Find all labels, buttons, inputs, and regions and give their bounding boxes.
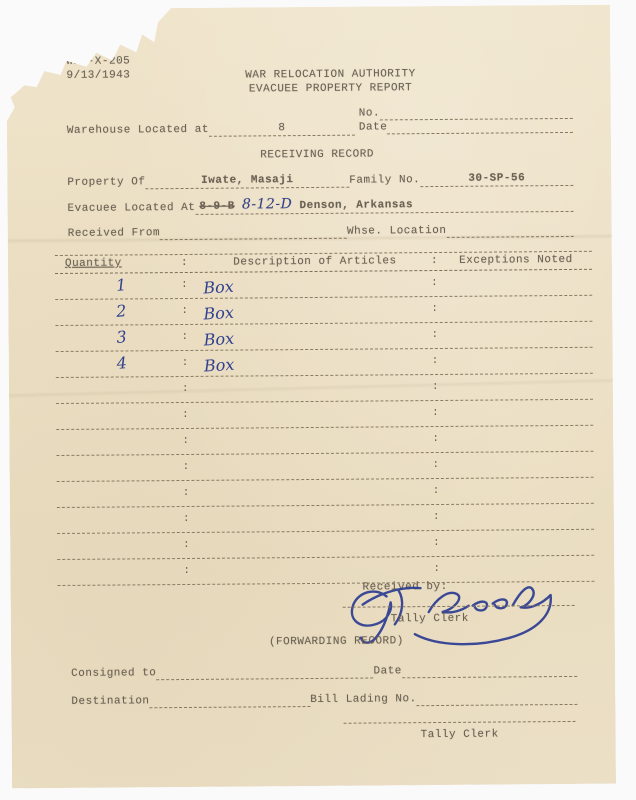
evacuee-located-field: Evacuee Located At 8-9-B 8-12-D Denson, …: [67, 195, 573, 216]
exceptions-cell: [457, 506, 587, 507]
column-separator: :: [183, 487, 190, 499]
received-from-value-line: [160, 238, 347, 240]
column-separator: :: [183, 513, 190, 525]
column-separator: :: [432, 407, 439, 419]
column-separator: :: [433, 537, 440, 549]
quantity-cell: 3: [91, 325, 152, 349]
exceptions-cell: [456, 402, 586, 403]
column-separator: :: [183, 461, 190, 473]
quantity-cell: [92, 403, 152, 408]
quantity-cell: 4: [91, 351, 152, 375]
column-separator: :: [431, 329, 438, 341]
report-title: EVACUEE PROPERTY REPORT: [29, 80, 633, 97]
column-separator: :: [432, 381, 439, 393]
destination-value-line: [150, 706, 311, 708]
quantity-cell: [93, 481, 153, 486]
date-value-line: [387, 132, 573, 134]
section-title: RECEIVING RECORD: [15, 147, 619, 164]
quantity-cell: [92, 429, 152, 434]
received-from-label: Received From: [68, 226, 160, 241]
description-cell: Box: [203, 294, 384, 324]
property-of-field: Property Of Iwate, Masaji Family No. 30-…: [67, 171, 573, 190]
forward-date-label: Date: [373, 664, 402, 678]
exceptions-cell: [455, 272, 585, 273]
paper-sheet: WRA-X-205 9/13/1943 WAR RELOCATION AUTHO…: [6, 5, 616, 789]
quantity-cell: 2: [91, 299, 152, 323]
whse-location-label: Whse. Location: [347, 224, 447, 239]
bill-lading-label: Bill Lading No.: [310, 692, 417, 707]
evacuee-address-typed: Denson, Arkansas: [299, 199, 413, 212]
property-of-value: Iwate, Masaji: [145, 173, 349, 190]
warehouse-field: Warehouse Located at 8: [67, 121, 355, 138]
column-separator: :: [432, 355, 439, 367]
consigned-to-label: Consigned to: [71, 666, 156, 681]
exceptions-cell: [456, 428, 586, 429]
received-from-field: Received From Whse. Location: [68, 223, 574, 241]
column-separator: :: [433, 485, 440, 497]
evacuee-address-handwritten: 8-12-D: [242, 196, 293, 212]
quantity-cell: [92, 377, 152, 382]
quantity-cell: [93, 507, 153, 512]
description-cell: Box: [203, 320, 384, 350]
header-description: Description of Articles: [195, 255, 435, 269]
articles-table: Quantity : Description of Articles : Exc…: [55, 251, 595, 586]
column-separator: :: [181, 305, 188, 317]
header-exceptions: Exceptions Noted: [441, 254, 591, 267]
column-separator: :: [431, 277, 438, 289]
tally-clerk-caption: Tally Clerk: [391, 612, 469, 627]
destination-label: Destination: [71, 694, 149, 709]
column-separator: :: [182, 409, 189, 421]
quantity-cell: [93, 533, 153, 538]
consigned-to-value-line: [156, 678, 373, 681]
header-quantity: Quantity: [65, 257, 122, 269]
tally-clerk-caption-2: Tally Clerk: [344, 727, 576, 743]
scanned-document: WRA-X-205 9/13/1943 WAR RELOCATION AUTHO…: [0, 0, 636, 800]
exceptions-cell: [457, 558, 587, 559]
quantity-cell: [93, 455, 153, 460]
forwarding-record-title: (FORWARDING RECORD): [269, 634, 404, 649]
column-separator: :: [183, 539, 190, 551]
evacuee-located-label: Evacuee Located At: [67, 201, 195, 216]
column-separator: :: [431, 255, 438, 267]
family-no-label: Family No.: [349, 173, 420, 188]
warehouse-label: Warehouse Located at: [67, 123, 209, 138]
column-separator: :: [182, 435, 189, 447]
property-of-label: Property Of: [67, 175, 145, 190]
column-separator: :: [182, 383, 189, 395]
evacuee-located-value-line: 8-9-B 8-12-D Denson, Arkansas: [195, 195, 573, 215]
column-separator: :: [181, 279, 188, 291]
consigned-to-field: Consigned to Date: [71, 663, 577, 681]
exceptions-cell: [456, 376, 586, 377]
warehouse-value: 8: [209, 121, 355, 137]
exceptions-cell: [456, 350, 586, 351]
exceptions-cell: [457, 480, 587, 481]
tally-clerk-signature-line: [344, 721, 576, 724]
column-separator: :: [433, 511, 440, 523]
column-separator: :: [181, 257, 188, 269]
form-number: WRA-X-205: [66, 54, 130, 69]
exceptions-cell: [456, 454, 586, 455]
column-separator: :: [182, 357, 189, 369]
date-field: Date: [359, 119, 573, 135]
exceptions-cell: [455, 298, 585, 299]
no-label: No.: [359, 106, 380, 120]
column-separator: :: [183, 565, 190, 577]
forward-date-value-line: [402, 676, 577, 678]
quantity-cell: 1: [90, 273, 151, 297]
description-cell: Box: [203, 268, 384, 298]
column-separator: :: [181, 331, 188, 343]
family-no-value: 30-SP-56: [420, 171, 573, 187]
quantity-cell: [93, 559, 153, 564]
table-body: 1:Box:2:Box:3:Box:4:Box:::::::::::::::::: [55, 270, 594, 586]
date-label: Date: [359, 120, 388, 134]
description-cell: Box: [203, 346, 384, 376]
column-separator: :: [431, 303, 438, 315]
whse-location-value-line: [446, 236, 573, 238]
bill-lading-value-line: [417, 704, 578, 706]
column-separator: :: [432, 433, 439, 445]
evacuee-address-struck: 8-9-B: [199, 201, 235, 213]
exceptions-cell: [457, 532, 587, 533]
destination-field: Destination Bill Lading No.: [71, 691, 577, 709]
column-separator: :: [432, 459, 439, 471]
exceptions-cell: [455, 324, 585, 325]
